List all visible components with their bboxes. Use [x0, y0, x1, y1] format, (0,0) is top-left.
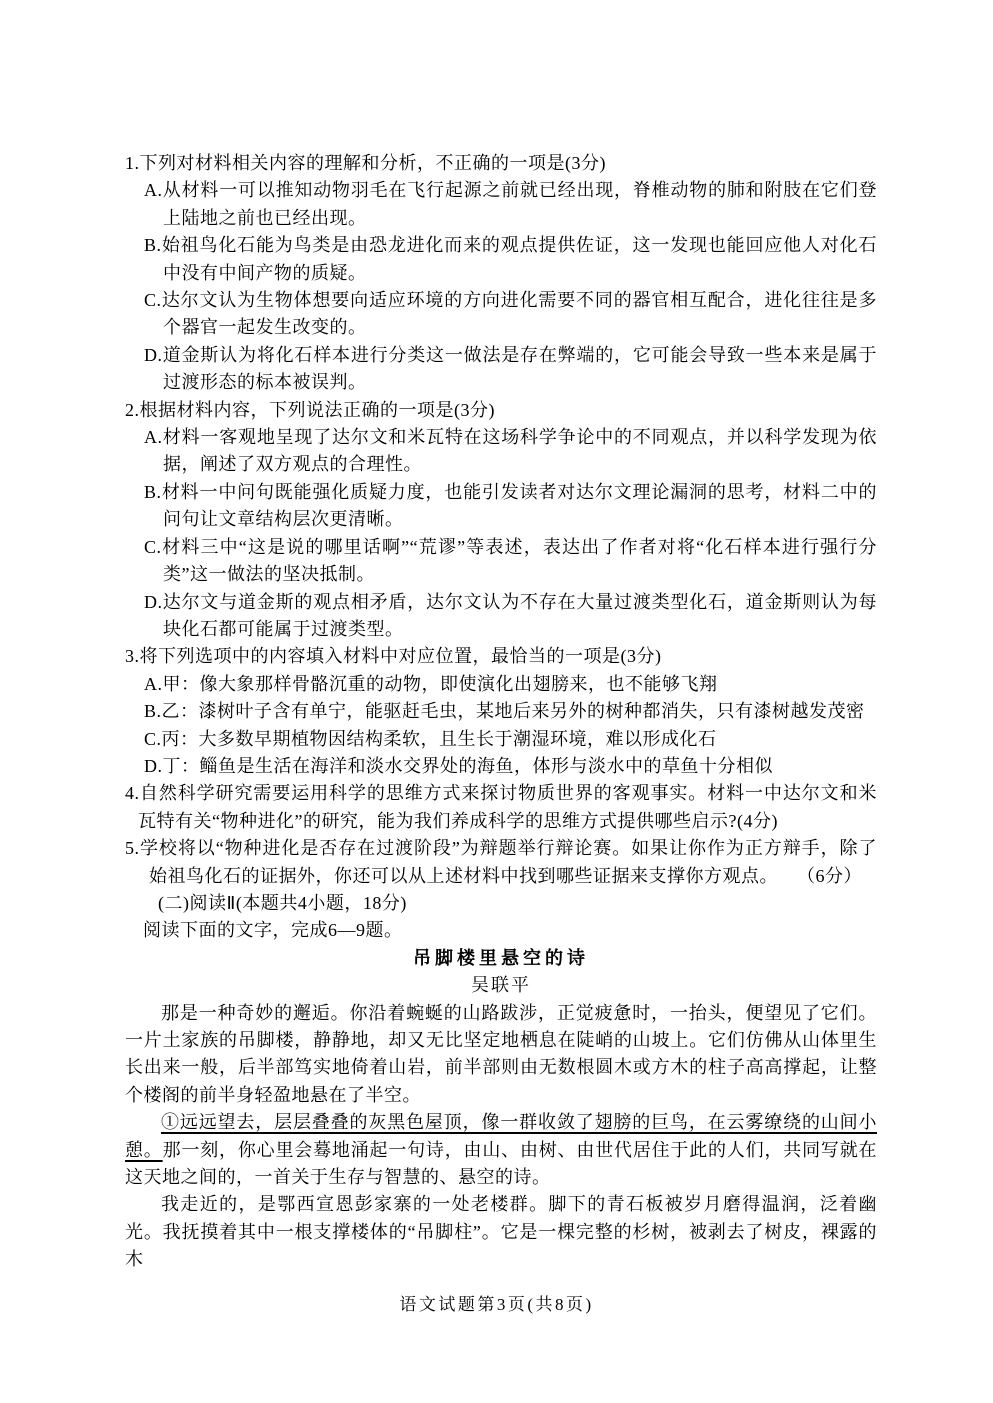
question-1-option-d: D.道金斯认为将化石样本进行分类这一做法是存在弊端的，它可能会导致一些本来是属于…: [125, 342, 877, 397]
question-2-option-a: A.材料一客观地呈现了达尔文和米瓦特在这场科学争论中的不同观点，并以科学发现为依…: [125, 424, 877, 479]
section-instruction: 阅读下面的文字，完成6—9题。: [125, 917, 877, 944]
question-1-option-a: A.从材料一可以推知动物羽毛在飞行起源之前就已经出现，脊椎动物的肺和附肢在它们登…: [125, 177, 877, 232]
question-3-option-c: C.丙：大多数早期植物因结构柔软，且生长于潮湿环境，难以形成化石: [125, 726, 877, 753]
question-2-option-c: C.材料三中“这是说的哪里话啊”“荒谬”等表述，表达出了作者对将“化石样本进行强…: [125, 534, 877, 589]
question-2: 2.根据材料内容，下列说法正确的一项是(3分) A.材料一客观地呈现了达尔文和米…: [125, 397, 877, 644]
passage-paragraph-1: 那是一种奇妙的邂逅。你沿着蜿蜒的山路跋涉，正觉疲惫时，一抬头，便望见了它们。一片…: [125, 1000, 877, 1110]
question-5: 5.学校将以“物种进化是否存在过渡阶段”为辩题举行辩论赛。如果让你作为正方辩手，…: [125, 835, 877, 890]
paragraph-2-rest: 那一刻，你心里会蓦地涌起一句诗，由山、由树、由世代居住于此的人们，共同写就在这天…: [125, 1140, 877, 1187]
question-3-option-d: D.丁：鲻鱼是生活在海洋和淡水交界处的海鱼，体形与淡水中的草鱼十分相似: [125, 753, 877, 780]
exam-content: 1.下列对材料相关内容的理解和分析，不正确的一项是(3分) A.从材料一可以推知…: [125, 150, 877, 1274]
question-4: 4.自然科学研究需要运用科学的思维方式来探讨物质世界的客观事实。材料一中达尔文和…: [125, 780, 877, 835]
question-1-option-c: C.达尔文认为生物体想要向适应环境的方向进化需要不同的器官相互配合，进化往往是多…: [125, 287, 877, 342]
passage-title: 吊脚楼里悬空的诗: [125, 945, 877, 972]
question-5-stem: 5.学校将以“物种进化是否存在过渡阶段”为辩题举行辩论赛。如果让你作为正方辩手，…: [125, 835, 877, 890]
section-heading: (二)阅读Ⅱ(本题共4小题，18分): [125, 890, 877, 917]
question-1-stem: 1.下列对材料相关内容的理解和分析，不正确的一项是(3分): [125, 150, 877, 177]
question-2-option-b: B.材料一中问句既能强化质疑力度，也能引发读者对达尔文理论漏洞的思考，材料二中的…: [125, 479, 877, 534]
question-1: 1.下列对材料相关内容的理解和分析，不正确的一项是(3分) A.从材料一可以推知…: [125, 150, 877, 397]
passage-paragraph-2: ①远远望去，层层叠叠的灰黑色屋顶，像一群收敛了翅膀的巨鸟，在云雾缭绕的山间小憩。…: [125, 1109, 877, 1191]
question-3: 3.将下列选项中的内容填入材料中对应位置，最恰当的一项是(3分) A.甲：像大象…: [125, 643, 877, 780]
question-2-stem: 2.根据材料内容，下列说法正确的一项是(3分): [125, 397, 877, 424]
question-3-option-b: B.乙：漆树叶子含有单宁，能驱赶毛虫，某地后来另外的树种都消失，只有漆树越发茂密: [125, 698, 877, 725]
question-1-option-b: B.始祖鸟化石能为鸟类是由恐龙进化而来的观点提供佐证，这一发现也能回应他人对化石…: [125, 232, 877, 287]
page-footer: 语文试题第3页(共8页): [0, 1290, 993, 1315]
passage-author: 吴联平: [125, 972, 877, 999]
question-2-option-d: D.达尔文与道金斯的观点相矛盾，达尔文认为不存在大量过渡类型化石，道金斯则认为每…: [125, 589, 877, 644]
question-3-option-a: A.甲：像大象那样骨骼沉重的动物，即使演化出翅膀来，也不能够飞翔: [125, 671, 877, 698]
question-3-stem: 3.将下列选项中的内容填入材料中对应位置，最恰当的一项是(3分): [125, 643, 877, 670]
exam-page: 1.下列对材料相关内容的理解和分析，不正确的一项是(3分) A.从材料一可以推知…: [0, 0, 993, 1403]
passage-paragraph-3: 我走近的，是鄂西宣恩彭家寨的一处老楼群。脚下的青石板被岁月磨得温润，泛着幽光。我…: [125, 1191, 877, 1273]
question-4-stem: 4.自然科学研究需要运用科学的思维方式来探讨物质世界的客观事实。材料一中达尔文和…: [125, 780, 877, 835]
